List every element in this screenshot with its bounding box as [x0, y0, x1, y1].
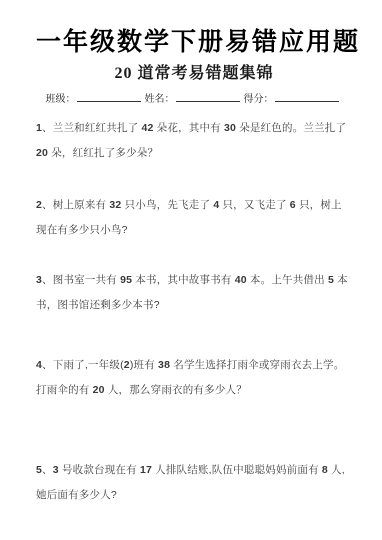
question-list: 1、兰兰和红红共扎了 42 朵花，其中有 30 朵是红色的。兰兰扎了 20 朵，…: [36, 116, 352, 508]
score-label: 得分：: [244, 94, 274, 105]
name-label: 姓名：: [145, 94, 175, 105]
name-blank-line: [176, 92, 240, 102]
class-blank-line: [77, 92, 141, 102]
question-text-5: 5、3 号收款台现在有 17 人排队结账,队伍中聪聪妈妈前面有 8 人,她后面有…: [36, 458, 352, 508]
student-info-line: 班级：姓名：得分：: [36, 92, 352, 107]
worksheet-page: 一年级数学下册易错应用题 20 道常考易错题集锦 班级：姓名：得分： 1、兰兰和…: [0, 0, 382, 540]
class-label: 班级：: [46, 94, 76, 105]
question-text-3: 3、图书室一共有 95 本书，其中故事书有 40 本。上午共借出 5 本书，图书…: [36, 268, 352, 318]
page-title: 一年级数学下册易错应用题: [36, 26, 352, 60]
question-text-2: 2、树上原来有 32 只小鸟，先飞走了 4 只，又飞走了 6 只，树上现在有多少…: [36, 193, 352, 243]
question-text-4: 4、下雨了,一年级(2)班有 38 名学生选择打雨伞或穿雨衣去上学。打雨伞的有 …: [36, 353, 352, 403]
score-blank-line: [275, 92, 339, 102]
question-text-1: 1、兰兰和红红共扎了 42 朵花，其中有 30 朵是红色的。兰兰扎了 20 朵，…: [36, 116, 352, 166]
page-subtitle: 20 道常考易错题集锦: [36, 63, 352, 85]
